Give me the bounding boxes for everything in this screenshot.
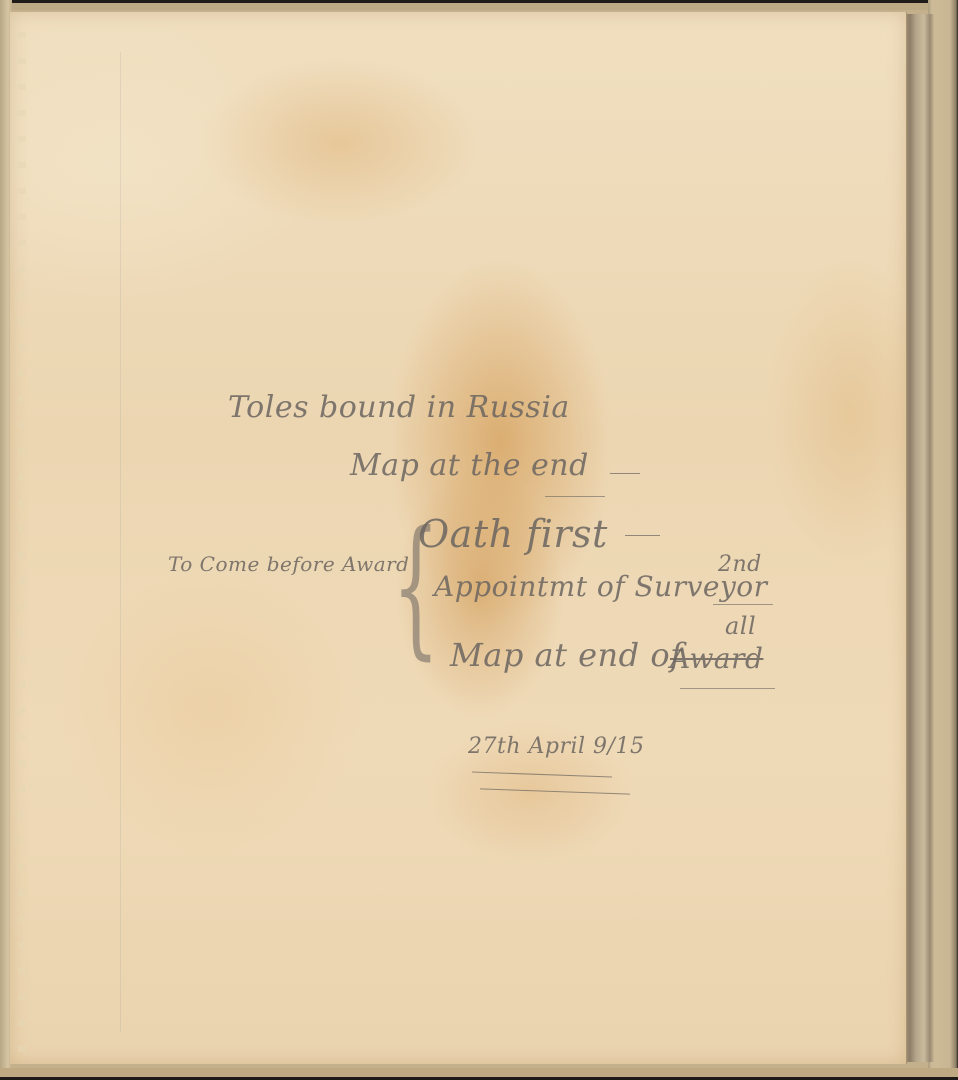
margin-note-before-award: To Come before Award: [168, 552, 409, 576]
dash-mark: [625, 535, 660, 536]
struck-word-award: Award: [670, 642, 763, 675]
faint-margin-line: [120, 52, 121, 1032]
board-edge-top: [0, 0, 958, 10]
underline-mark: [680, 688, 775, 689]
book-board: Toles bound in Russia Map at the end To …: [0, 0, 958, 1080]
date-underline: [480, 788, 630, 794]
underline-mark: [713, 604, 773, 605]
note-map-at-end: Map at the end: [350, 448, 589, 483]
note-map-at-end-of: Map at end of: [450, 636, 682, 674]
superscript-second: 2nd: [718, 552, 762, 577]
dash-mark: [610, 473, 640, 474]
binding-stitches: [18, 32, 26, 1072]
board-edge-bottom: [0, 1068, 958, 1080]
flyleaf-page: Toles bound in Russia Map at the end To …: [10, 12, 907, 1064]
note-binding: Toles bound in Russia: [228, 390, 570, 425]
underline-mark: [545, 496, 605, 497]
superscript-all: all: [725, 612, 756, 640]
date-underline: [472, 772, 612, 778]
note-oath-first: Oath first: [418, 512, 608, 556]
date-note: 27th April 9/15: [468, 734, 644, 759]
